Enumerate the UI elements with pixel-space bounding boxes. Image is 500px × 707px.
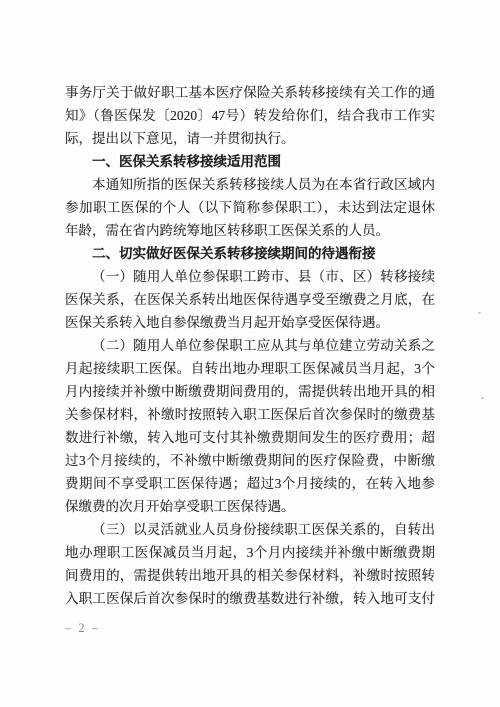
section-heading-1: 一、医保关系转移接续适用范围 [65, 150, 435, 173]
document-line: 月起接续职工医保。自转出地办理职工医保减员当月起，3个 [65, 357, 435, 380]
document-line: 本通知所指的医保关系转移接续人员为在本省行政区域内 [65, 173, 435, 196]
document-line: 地办理职工医保减员当月起，3个月内接续并补缴中断缴费期 [65, 541, 435, 564]
scan-speck [478, 312, 481, 314]
document-line: 间费用的，需提供转出地开具的相关参保材料，补缴时按照转 [65, 564, 435, 587]
document-line: 月内接续并补缴中断缴费期间费用的，需提供转出地开具的相 [65, 380, 435, 403]
document-line: 际，提出以下意见，请一并贯彻执行。 [65, 127, 435, 150]
document-line: 保缴费的次月开始享受职工医保待遇。 [65, 495, 435, 518]
scan-speck [481, 397, 484, 399]
document-line: （二）随用人单位参保职工应从其与单位建立劳动关系之 [65, 334, 435, 357]
page-number: – 2 – [65, 618, 100, 638]
document-line: 关参保材料，补缴时按照转入职工医保后首次参保时的缴费基 [65, 403, 435, 426]
document-line: 年龄，需在省内跨统筹地区转移职工医保关系的人员。 [65, 219, 435, 242]
document-line: 参加职工医保的个人（以下简称参保职工），未达到法定退休 [65, 196, 435, 219]
document-page: 事务厅关于做好职工基本医疗保险关系转移接续有关工作的通 知》（鲁医保发〔2020… [0, 0, 500, 707]
section-heading-2: 二、切实做好医保关系转移接续期间的待遇衔接 [65, 242, 435, 265]
document-line: 费期间不享受职工医保待遇；超过3个月接续的，在转入地参 [65, 472, 435, 495]
document-line: 医保关系，在医保关系转出地医保待遇享受至缴费之月底，在 [65, 288, 435, 311]
document-line: （一）随用人单位参保职工跨市、县（市、区）转移接续 [65, 265, 435, 288]
document-line: 事务厅关于做好职工基本医疗保险关系转移接续有关工作的通 [65, 81, 435, 104]
document-line: （三）以灵活就业人员身份接续职工医保关系的，自转出 [65, 518, 435, 541]
document-text-block: 事务厅关于做好职工基本医疗保险关系转移接续有关工作的通 知》（鲁医保发〔2020… [65, 81, 435, 610]
document-line: 医保关系转入地自参保缴费当月起开始享受医保待遇。 [65, 311, 435, 334]
document-line: 知》（鲁医保发〔2020〕47号）转发给你们，结合我市工作实 [65, 104, 435, 127]
document-line: 数进行补缴，转入地可支付其补缴费期间发生的医疗费用；超 [65, 426, 435, 449]
document-line: 入职工医保后首次参保时的缴费基数进行补缴，转入地可支付 [65, 587, 435, 610]
document-line: 过3个月接续的，不补缴中断缴费期间的医疗保险费，中断缴 [65, 449, 435, 472]
